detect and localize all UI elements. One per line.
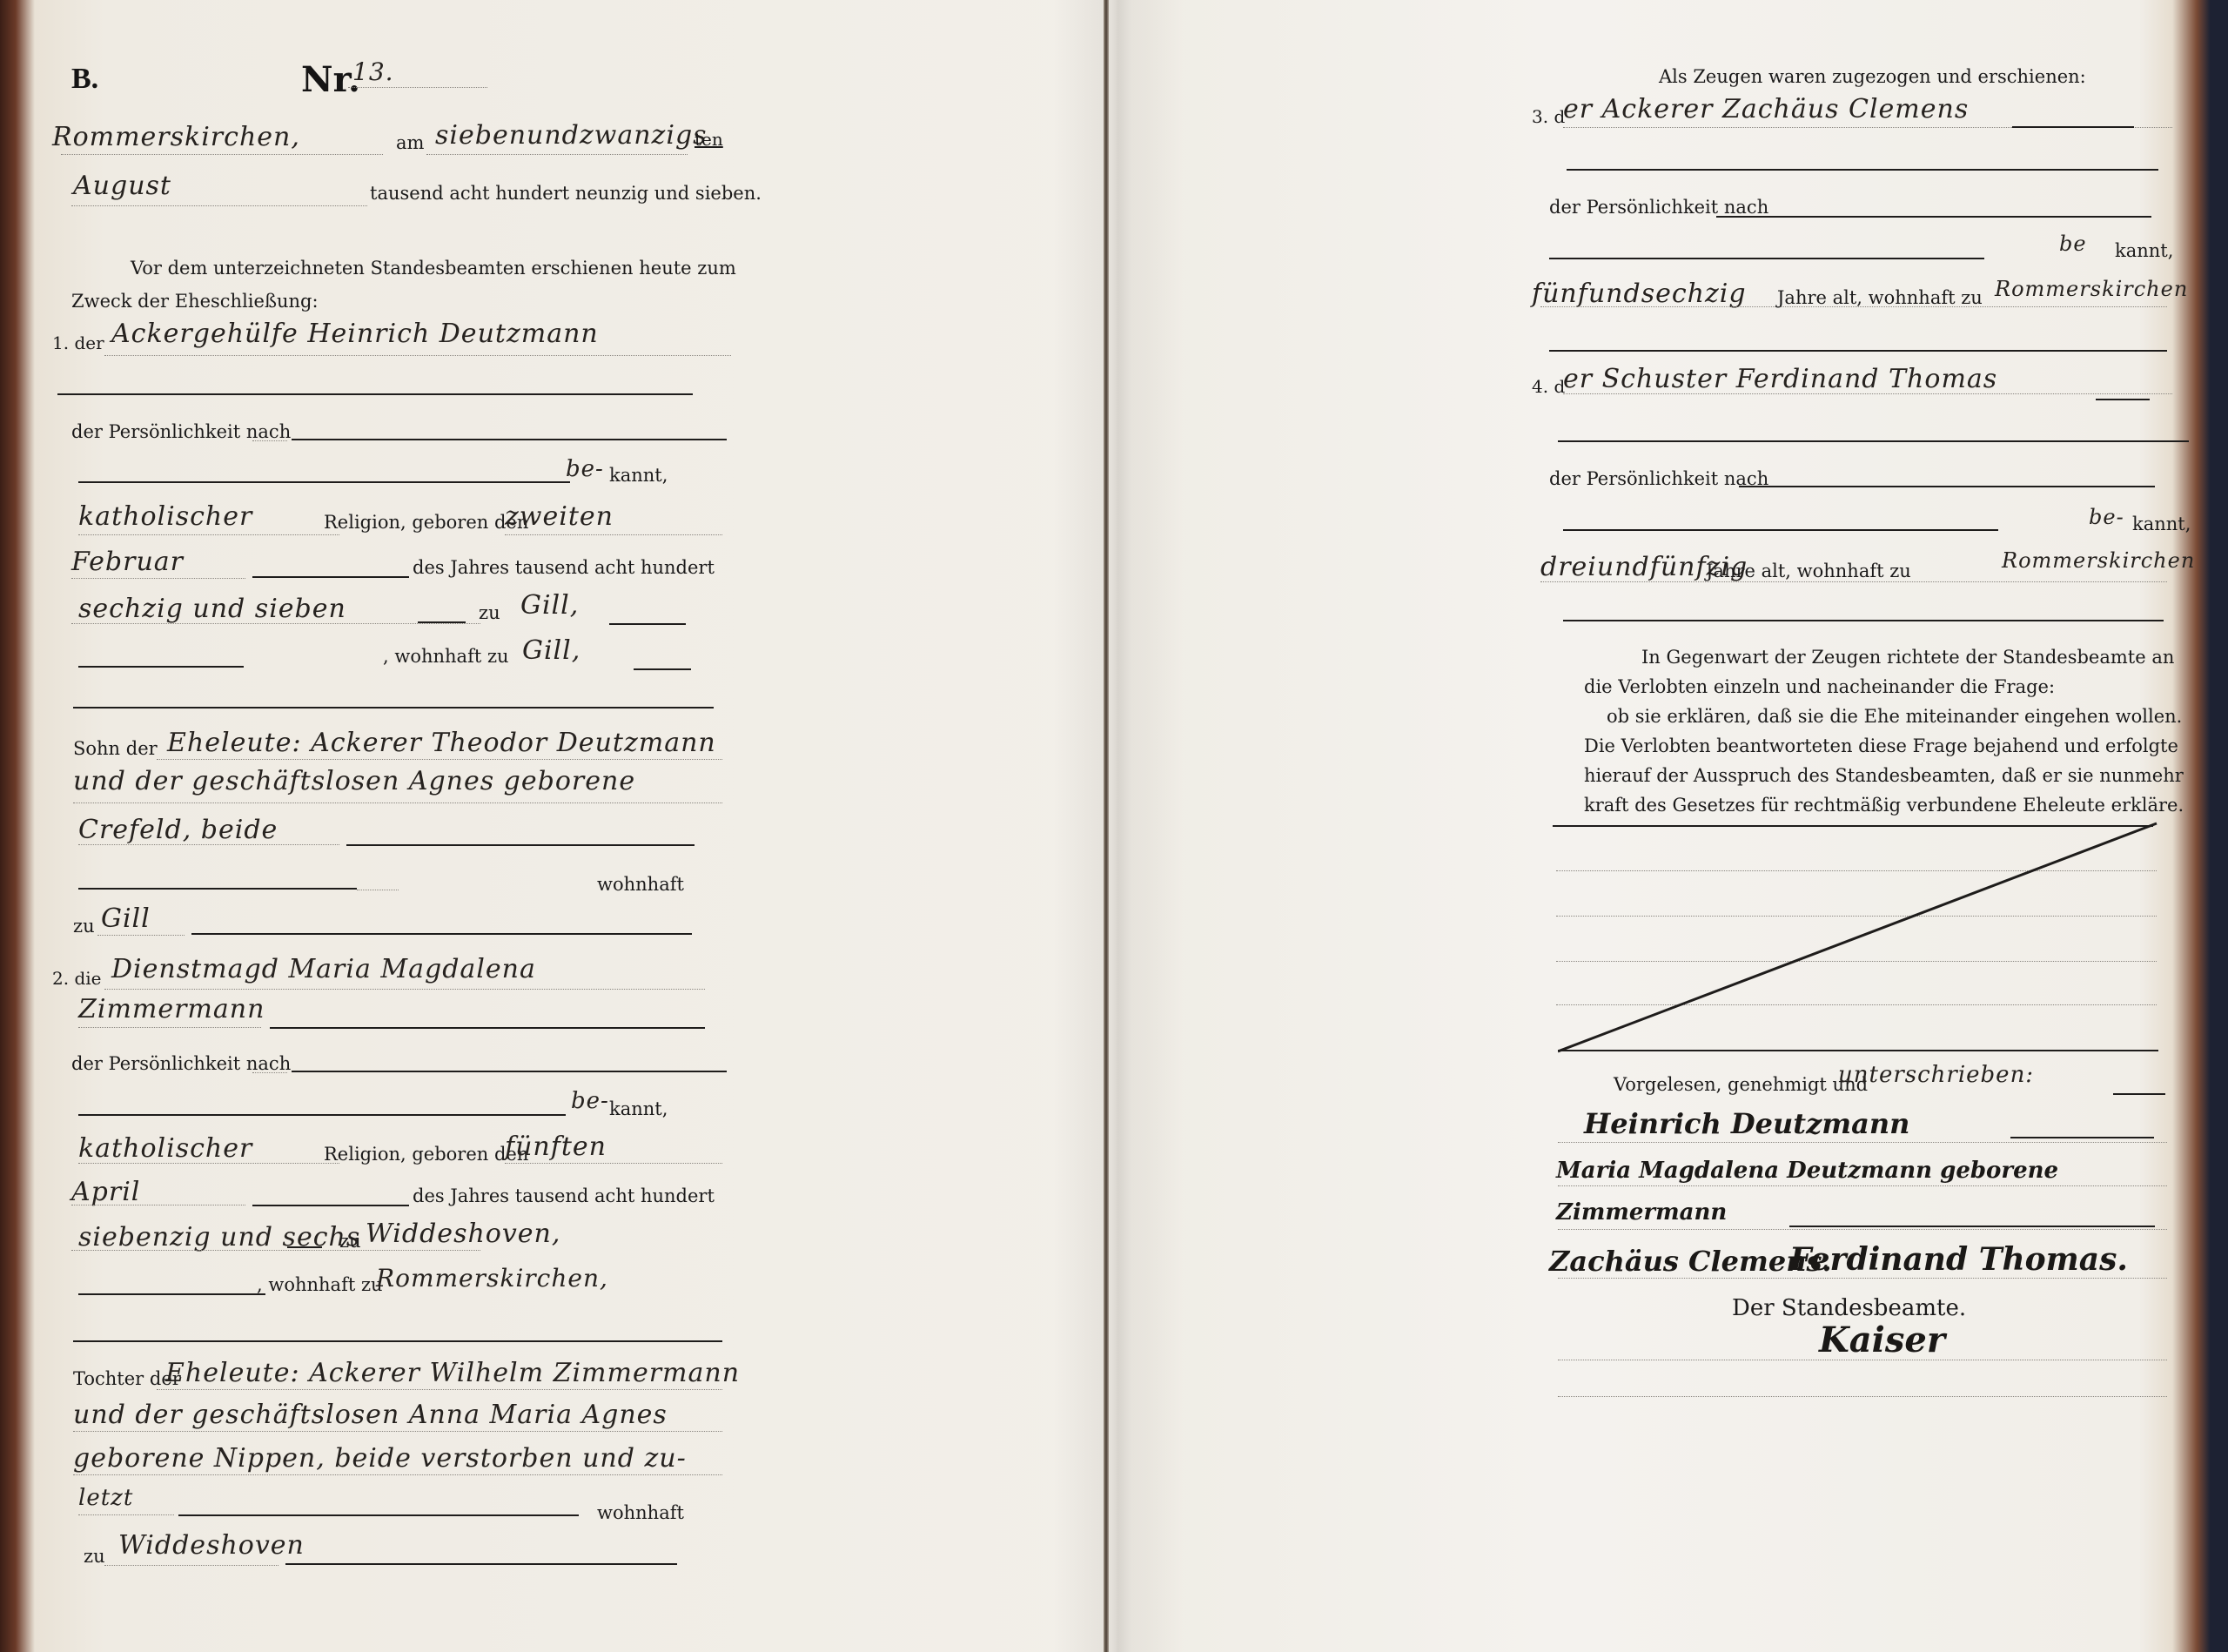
- place-hand: Rommerskirchen,: [52, 122, 300, 152]
- dotted-line: [104, 989, 705, 990]
- dotted-line: [71, 1250, 480, 1251]
- bride-parents-line1: Eheleute: Ackerer Wilhelm Zimmermann: [165, 1358, 740, 1388]
- intro-line2: Zweck der Eheschließung:: [71, 291, 319, 312]
- dotted-line: [505, 1163, 722, 1164]
- dotted-line: [78, 1163, 339, 1164]
- bride-parents-line2: und der geschäftslosen Anna Maria Agnes: [73, 1400, 668, 1430]
- bride-birthplace-hand: Widdeshoven,: [366, 1219, 560, 1249]
- blank-rule: [178, 1514, 579, 1516]
- dotted-line: [104, 1565, 278, 1566]
- groom-parents-line3: Crefeld, beide: [78, 815, 278, 845]
- blank-rule: [57, 393, 693, 395]
- dotted-line: [1558, 1360, 2167, 1360]
- groom-parents-residence-label: wohnhaft: [597, 874, 684, 895]
- signature-witness4: Ferdinand Thomas.: [1789, 1241, 2128, 1278]
- gutter-shadow: [1053, 0, 1184, 1652]
- bride-residence-label: , wohnhaft zu: [257, 1274, 383, 1295]
- bride-year-label: des Jahres tausend acht hundert: [413, 1185, 715, 1206]
- bride-number-label: 2. die: [52, 968, 101, 989]
- dotted-line: [1558, 1142, 2167, 1143]
- dotted-line: [1558, 1396, 2167, 1397]
- groom-birth-month-hand: Februar: [71, 547, 184, 577]
- blank-rule: [634, 668, 691, 670]
- dotted-line: [71, 623, 480, 624]
- blank-rule: [609, 623, 686, 625]
- groom-religion-label: Religion, geboren den: [324, 512, 528, 533]
- dotted-line: [78, 1027, 261, 1028]
- register-letter: B.: [71, 63, 98, 96]
- blank-rule: [418, 621, 466, 623]
- dotted-line: [61, 154, 383, 155]
- signature-groom: Heinrich Deutzmann: [1584, 1107, 1909, 1140]
- dotted-line: [73, 802, 722, 803]
- blank-rule: [78, 1293, 265, 1295]
- blank-rule: [252, 1205, 409, 1206]
- dotted-line: [97, 935, 185, 936]
- groom-known-label: kannt,: [609, 465, 668, 486]
- bride-residence-hand: Rommerskirchen,: [376, 1264, 608, 1293]
- blank-rule: [2096, 399, 2150, 400]
- groom-zu-label: zu: [479, 602, 500, 623]
- groom-residence-label: , wohnhaft zu: [383, 646, 509, 667]
- dotted-line: [78, 844, 339, 845]
- closing-label: Vorgelesen, genehmigt und: [1614, 1074, 1868, 1095]
- blank-rule: [73, 1340, 722, 1342]
- groom-number-label: 1. der: [52, 332, 104, 353]
- am-label: am: [396, 132, 424, 153]
- witness4-identity-label: der Persönlichkeit nach: [1549, 468, 1768, 489]
- blank-rule: [1739, 486, 2155, 487]
- witness3-age-hand: fünfundsechzig: [1532, 279, 1747, 309]
- left-page: B. Nr. 13. Rommerskirchen, am siebenundz…: [52, 0, 1062, 1652]
- witness3-number-label: 3. d: [1532, 106, 1565, 127]
- dotted-line: [1558, 1278, 2167, 1279]
- bride-birth-day-hand: fünften: [505, 1132, 607, 1162]
- day-suffix: ten: [695, 129, 723, 150]
- witness4-name-hand: er Schuster Ferdinand Thomas: [1563, 364, 1997, 394]
- dotted-line: [71, 205, 367, 206]
- witness4-known-label: kannt,: [2132, 514, 2191, 534]
- groom-parents-line1: Eheleute: Ackerer Theodor Deutzmann: [167, 728, 716, 758]
- dotted-line: [78, 1514, 174, 1515]
- blank-rule: [2012, 126, 2134, 128]
- dotted-line: [1563, 393, 2172, 394]
- dotted-line: [357, 890, 399, 890]
- declaration-line2: die Verlobten einzeln und nacheinander d…: [1584, 672, 2193, 702]
- blank-rule: [1558, 440, 2189, 442]
- dotted-line: [1558, 1185, 2167, 1186]
- bride-parents-line4: letzt: [78, 1485, 133, 1511]
- blank-rule: [78, 888, 357, 890]
- groom-birthplace-hand: Gill,: [520, 590, 579, 621]
- witness3-known-hand: be: [2059, 232, 2087, 256]
- witness4-residence-hand: Rommerskirchen: [2002, 548, 2195, 573]
- groom-birth-year-hand: sechzig und sieben: [78, 594, 346, 624]
- bride-parents-line3: geborene Nippen, beide verstorben und zu…: [73, 1443, 687, 1474]
- blank-rule: [292, 1071, 727, 1072]
- declaration-line3: ob sie erklären, daß sie die Ehe miteina…: [1584, 702, 2193, 731]
- blank-rule: [1549, 258, 1984, 259]
- dotted-line: [71, 578, 245, 579]
- groom-residence-hand: Gill,: [522, 635, 580, 666]
- dotted-line: [73, 1474, 722, 1475]
- dotted-line: [252, 1072, 287, 1073]
- bride-zu-label: zu: [339, 1231, 361, 1252]
- groom-parents-zu-label: zu: [73, 916, 95, 937]
- dotted-line: [71, 1205, 245, 1205]
- month-hand: August: [73, 171, 171, 201]
- blank-rule: [2010, 1137, 2154, 1138]
- groom-parents-line2: und der geschäftslosen Agnes geborene: [73, 766, 635, 796]
- signature-bride-line1: Maria Magdalena Deutzmann geborene: [1556, 1158, 2058, 1184]
- declaration-line6: kraft des Gesetzes für rechtmäßig verbun…: [1584, 790, 2193, 820]
- groom-identity-label: der Persönlichkeit nach: [71, 421, 291, 442]
- blank-rule: [285, 1563, 677, 1565]
- bride-parents-residence-hand: Widdeshoven: [118, 1530, 305, 1561]
- book-gutter: [1104, 0, 1109, 1652]
- bride-name-line2: Zimmermann: [78, 994, 265, 1024]
- bride-parents-zu-label: zu: [84, 1546, 105, 1567]
- witness4-known-hand: be-: [2089, 505, 2124, 529]
- closing-hand: unterschrieben:: [1838, 1062, 2034, 1088]
- day-hand: siebenundzwanzigs: [435, 120, 708, 151]
- blank-rule: [1789, 1226, 2155, 1227]
- dotted-line: [104, 355, 731, 356]
- witness3-name-hand: er Ackerer Zachäus Clemens: [1563, 94, 1969, 124]
- bride-religion-hand: katholischer: [78, 1133, 252, 1164]
- blank-rule: [287, 1246, 322, 1248]
- declaration-line4: Die Verlobten beantworteten diese Frage …: [1584, 731, 2193, 761]
- groom-birth-day-hand: zweiten: [505, 501, 614, 532]
- groom-parents-label: Sohn der: [73, 738, 158, 759]
- bride-identity-label: der Persönlichkeit nach: [71, 1053, 291, 1074]
- witness3-age-label: Jahre alt, wohnhaft zu: [1777, 287, 1983, 308]
- witness3-identity-label: der Persönlichkeit nach: [1549, 197, 1768, 218]
- blank-rule: [292, 439, 727, 440]
- groom-parents-residence-hand: Gill: [101, 903, 151, 934]
- dotted-line: [505, 534, 722, 535]
- witness-heading: Als Zeugen waren zugezogen und erschiene…: [1659, 66, 2086, 87]
- dotted-line: [348, 87, 487, 88]
- bride-religion-label: Religion, geboren den: [324, 1144, 528, 1165]
- blank-rule: [252, 576, 409, 578]
- groom-year-label: des Jahres tausend acht hundert: [413, 557, 715, 578]
- dotted-line: [157, 1389, 722, 1390]
- dotted-line: [78, 534, 339, 535]
- witness4-age-label: Jahre alt, wohnhaft zu: [1706, 561, 1911, 581]
- number-label: Nr.: [301, 59, 360, 100]
- dotted-line: [426, 154, 688, 155]
- dotted-line: [73, 1431, 722, 1432]
- groom-religion-hand: katholischer: [78, 501, 252, 532]
- strike-through-diagonal: [1558, 822, 2158, 1053]
- right-page: Als Zeugen waren zugezogen und erschiene…: [1532, 0, 2193, 1652]
- blank-rule: [2113, 1093, 2165, 1095]
- groom-known-hand: be-: [566, 456, 604, 482]
- blank-rule: [1549, 350, 2167, 352]
- bride-known-label: kannt,: [609, 1098, 668, 1119]
- blank-rule: [78, 1114, 566, 1116]
- blank-rule: [1563, 529, 1998, 531]
- blank-rule: [1716, 216, 2151, 218]
- record-number: 13.: [352, 57, 394, 86]
- blank-rule: [270, 1027, 705, 1029]
- blank-rule: [73, 707, 714, 708]
- declaration-line5: hierauf der Ausspruch des Standesbeamten…: [1584, 761, 2193, 790]
- bride-name-line1: Dienstmagd Maria Magdalena: [111, 954, 536, 984]
- bride-parents-residence-label: wohnhaft: [597, 1502, 684, 1523]
- blank-rule: [1563, 620, 2164, 621]
- intro-line1: Vor dem unterzeichneten Standesbeamten e…: [131, 258, 736, 279]
- blank-rule: [191, 933, 692, 935]
- year-text: tausend acht hundert neunzig und sieben.: [370, 183, 762, 204]
- registrar-signature: Kaiser: [1819, 1320, 1945, 1360]
- declaration-line1: In Gegenwart der Zeugen richtete der Sta…: [1584, 642, 2193, 672]
- witness3-residence-hand: Rommerskirchen: [1995, 277, 2188, 301]
- dotted-line: [1540, 581, 2167, 582]
- dotted-line: [157, 759, 722, 760]
- blank-rule: [346, 844, 695, 846]
- registrar-label: Der Standesbeamte.: [1732, 1295, 1966, 1321]
- witness3-known-label: kannt,: [2115, 240, 2173, 261]
- dotted-line: [252, 440, 287, 441]
- blank-rule: [1567, 169, 2158, 171]
- dotted-line: [1558, 1229, 2167, 1230]
- bride-known-hand: be-: [571, 1088, 609, 1114]
- bride-birth-month-hand: April: [71, 1177, 140, 1207]
- groom-name-hand: Ackergehülfe Heinrich Deutzmann: [111, 319, 599, 349]
- signature-bride-line2: Zimmermann: [1556, 1199, 1727, 1226]
- blank-rule: [78, 481, 570, 483]
- blank-rule: [78, 666, 244, 668]
- declaration-paragraph: In Gegenwart der Zeugen richtete der Sta…: [1584, 642, 2193, 820]
- witness4-number-label: 4. d: [1532, 376, 1565, 397]
